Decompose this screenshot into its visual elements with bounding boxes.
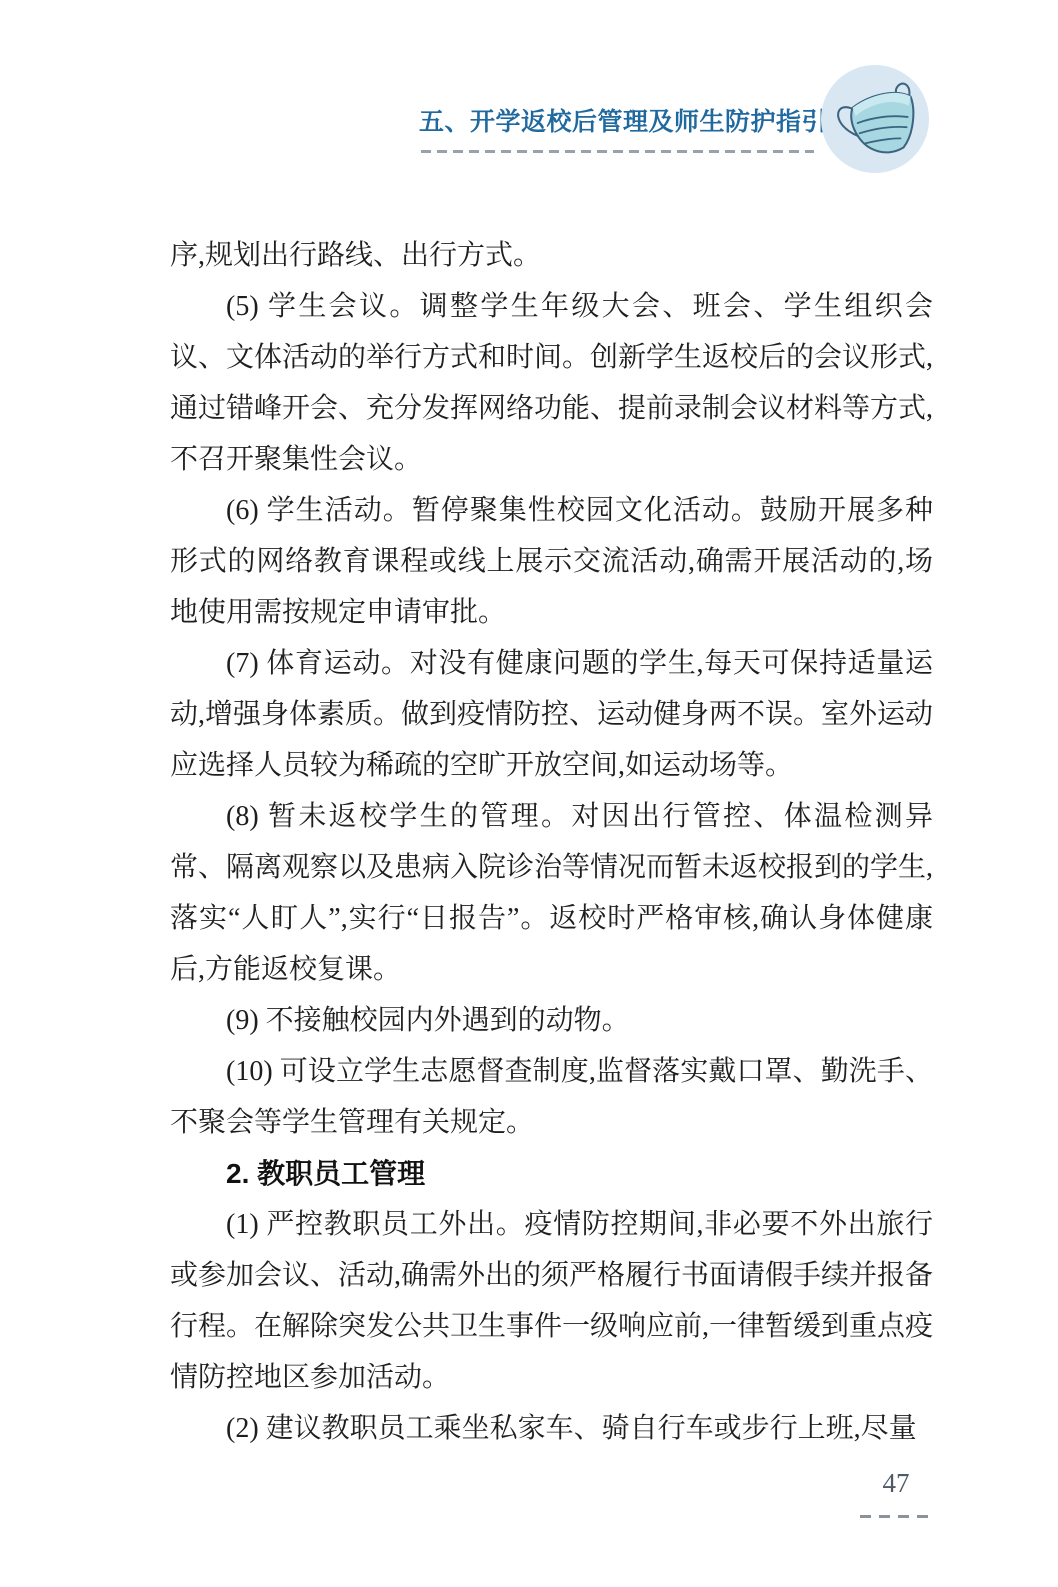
paragraph: (5) 学生会议。调整学生年级大会、班会、学生组织会议、文体活动的举行方式和时间… (170, 281, 933, 485)
paragraph: (7) 体育运动。对没有健康问题的学生,每天可保持适量运动,增强身体素质。做到疫… (170, 638, 933, 791)
page-number: 47 (866, 1468, 926, 1499)
paragraph: (6) 学生活动。暂停聚集性校园文化活动。鼓励开展多种形式的网络教育课程或线上展… (170, 485, 933, 638)
paragraph: (8) 暂未返校学生的管理。对因出行管控、体温检测异常、隔离观察以及患病入院诊治… (170, 791, 933, 995)
title-dashed-underline (421, 150, 814, 153)
paragraph: (10) 可设立学生志愿督查制度,监督落实戴口罩、勤洗手、不聚会等学生管理有关规… (170, 1046, 933, 1148)
paragraph: 序,规划出行路线、出行方式。 (170, 230, 933, 281)
section-heading: 2. 教职员工管理 (170, 1148, 933, 1199)
paragraph: (2) 建议教职员工乘坐私家车、骑自行车或步行上班,尽量 (170, 1403, 933, 1454)
face-mask-icon (821, 65, 929, 173)
page-title: 五、开学返校后管理及师生防护指引 (419, 102, 827, 138)
body-text: 序,规划出行路线、出行方式。(5) 学生会议。调整学生年级大会、班会、学生组织会… (170, 230, 933, 1454)
paragraph: (1) 严控教职员工外出。疫情防控期间,非必要不外出旅行或参加会议、活动,确需外… (170, 1199, 933, 1403)
paragraph: (9) 不接触校园内外遇到的动物。 (170, 995, 933, 1046)
document-page: 五、开学返校后管理及师生防护指引 序,规划出行路线、出行方式。(5) 学生会议。… (0, 0, 1058, 1587)
page-number-dashes (860, 1515, 928, 1518)
